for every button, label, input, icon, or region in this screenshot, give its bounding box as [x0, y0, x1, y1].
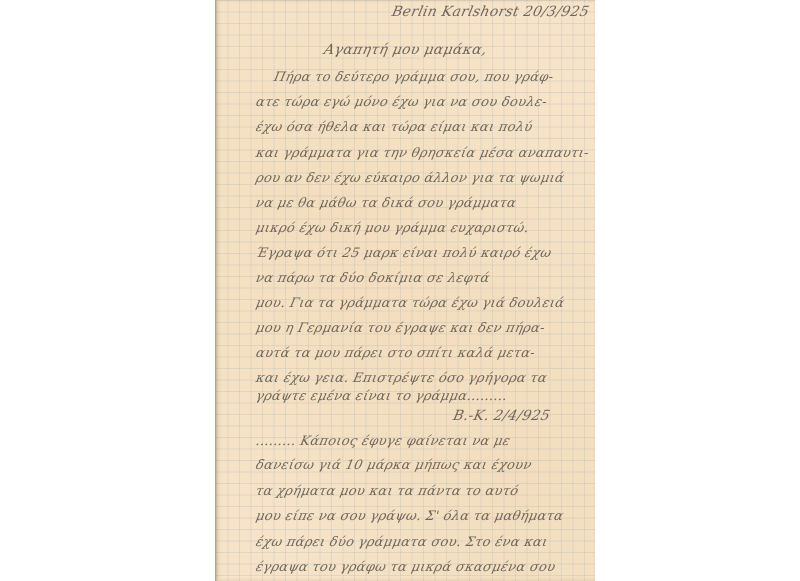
letter-line: να με θα μάθω τα δικά σου γράμματα	[214, 196, 596, 211]
letter-line: γράψτε εμένα είναι το γράμμα.........	[214, 389, 596, 404]
letter-line: και γράμματα για την θρησκεία μέσα αναπα…	[214, 146, 596, 161]
letter-line: Έγραψα ότι 25 μαρκ είναι πολύ καιρό έχω	[214, 246, 596, 261]
continuation-line: έχω πάρει δύο γράμματα σου. Στο ένα και	[214, 535, 596, 550]
continuation-line: ......... Κάποιος έφυγε φαίνεται να με	[214, 434, 596, 449]
letter-line: ατε τώρα εγώ μόνο έχω για να σου δουλε-	[214, 95, 596, 110]
continuation-line: μου είπε να σου γράψω. Σ' όλα τα μαθήματ…	[214, 509, 596, 524]
letter-line: έχω όσα ήθελα και τώρα είμαι και πολύ	[214, 120, 596, 135]
letter-line: και έχω γεια. Επιστρέψτε όσο γρήγορα τα	[214, 371, 596, 386]
salutation: Αγαπητή μου μαμάκα,	[214, 42, 596, 58]
letter-line: ρου αν δεν έχω εύκαιρο άλλον για τα ψωμι…	[214, 171, 596, 186]
continuation-line: δανείσω γιά 10 μάρκα μήπως και έχουν	[214, 458, 596, 473]
letter-line: μου. Για τα γράμματα τώρα έχω γιά δουλει…	[214, 296, 596, 311]
letter-line: αυτά τα μου πάρει στο σπίτι καλά μετα-	[214, 346, 596, 361]
letter-line: Πήρα το δεύτερο γράμμα σου, που γράφ-	[214, 70, 596, 85]
continuation-line: έγραψα του γράφω τα μικρά σκασμένα σου	[214, 560, 596, 575]
letter-line: μικρό έχω δική μου γράμμα ευχαριστώ.	[214, 221, 596, 236]
header-place-date: Berlin Karlshorst 20/3/925	[214, 4, 596, 20]
letter-page: Berlin Karlshorst 20/3/925 Αγαπητή μου μ…	[215, 0, 595, 581]
letter-line: να πάρω τα δύο δοκίμια σε λεφτά	[214, 271, 596, 286]
continuation-line: τα χρήματα μου και τα πάντα το αυτό	[214, 484, 596, 499]
second-date: Β.-Κ. 2/4/925	[214, 408, 596, 424]
letter-line: μου η Γερμανία του έγραψε και δεν πήρα-	[214, 321, 596, 336]
